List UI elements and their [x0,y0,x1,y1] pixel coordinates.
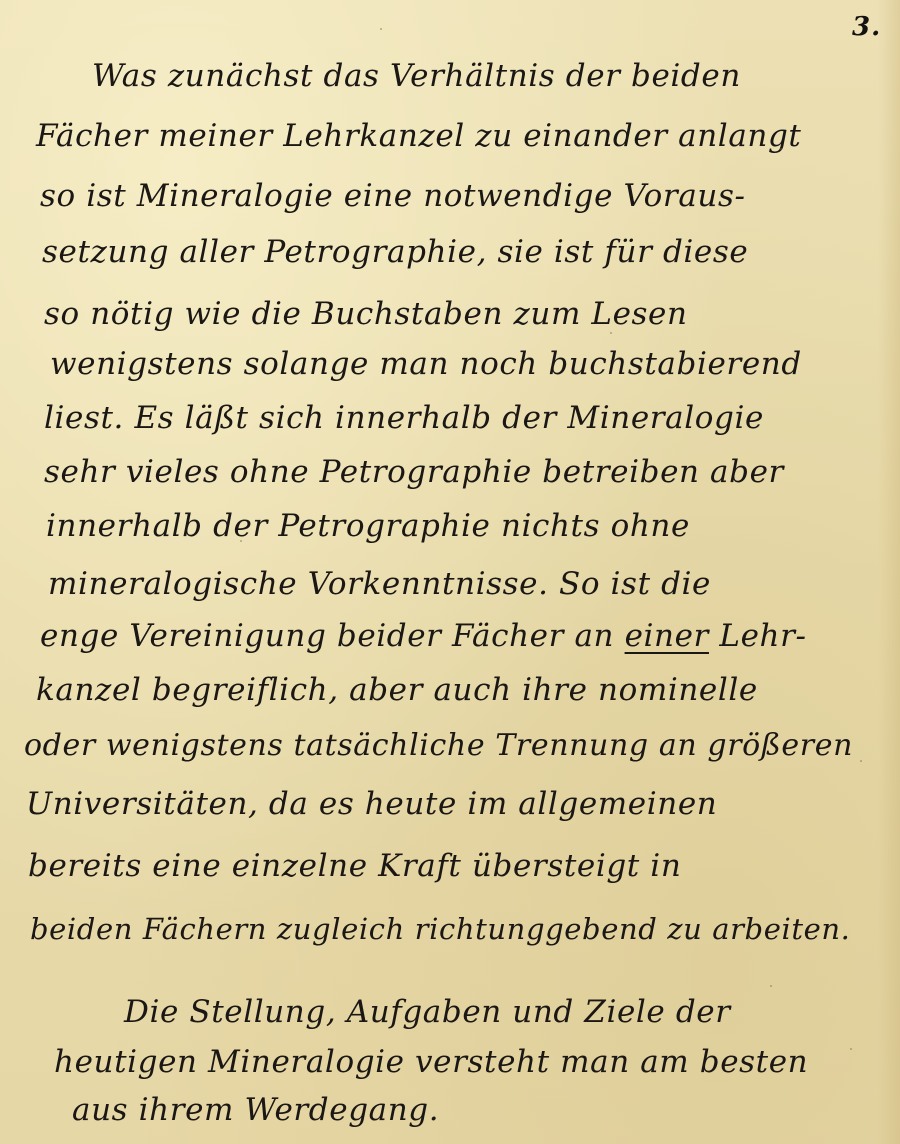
text-line: setzung aller Petrographie, sie ist für … [42,234,748,270]
text-line: Die Stellung, Aufgaben und Ziele der [124,994,731,1030]
text-line: aus ihrem Werdegang. [72,1092,439,1128]
text-line: heutigen Mineralogie versteht man am bes… [54,1044,808,1080]
text-line: liest. Es läßt sich innerhalb der Minera… [44,400,764,436]
text-line: innerhalb der Petrographie nichts ohne [46,508,690,544]
paper-speck [380,28,382,30]
page-number: 3. [852,12,881,42]
paper-speck [610,332,612,334]
paper-speck [860,760,862,762]
text-line: bereits eine einzelne Kraft übersteigt i… [28,848,681,884]
underlined-word: einer [625,618,709,654]
paper-speck [240,540,242,542]
text-line: Was zunächst das Verhältnis der beiden [92,58,741,94]
text-segment: Lehr- [709,618,807,654]
paper-speck [780,148,782,150]
text-line: so nötig wie die Buchstaben zum Lesen [44,296,688,332]
text-line: so ist Mineralogie eine notwendige Vorau… [40,178,746,214]
paper-speck [850,1048,852,1050]
text-line: enge Vereinigung beider Fächer an einer … [40,618,807,654]
text-line: Fächer meiner Lehrkanzel zu einander anl… [36,118,801,154]
text-line: wenigstens solange man noch buchstabiere… [50,346,802,382]
text-line: beiden Fächern zugleich richtunggebend z… [30,912,850,946]
text-line: oder wenigstens tatsächliche Trennung an… [24,728,853,763]
text-line: sehr vieles ohne Petrographie betreiben … [44,454,784,490]
paper-speck [770,985,772,987]
text-line: Universitäten, da es heute im allgemeine… [26,786,717,822]
manuscript-page: 3. Was zunächst das Verhältnis der beide… [0,0,900,1144]
text-line: mineralogische Vorkenntnisse. So ist die [48,566,711,602]
text-segment: enge Vereinigung beider Fächer an [40,618,625,654]
text-line: kanzel begreiflich, aber auch ihre nomin… [36,672,758,708]
